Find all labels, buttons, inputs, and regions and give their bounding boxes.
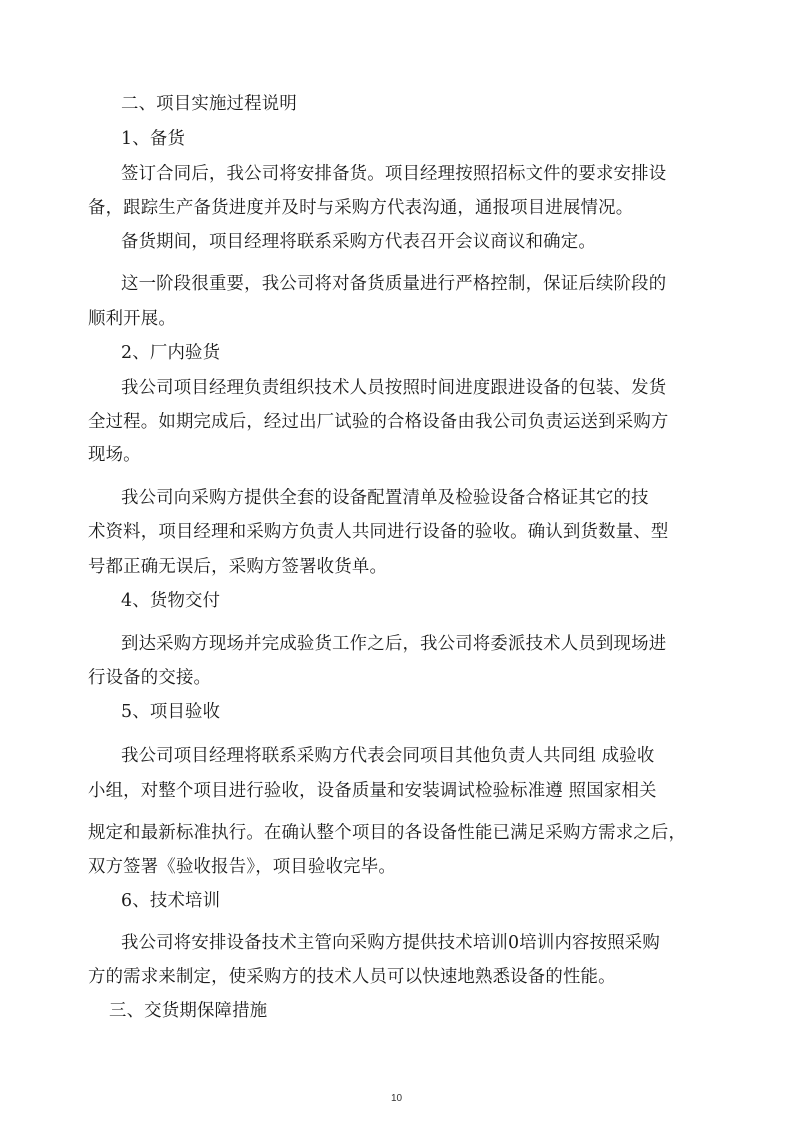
text-line: 2、厂内验货 <box>121 342 741 364</box>
text-line: 我公司向采购方提供全套的设备配置清单及检验设备合格证其它的技 <box>121 487 741 509</box>
text-line: 6、技术培训 <box>121 890 741 912</box>
text-line: 规定和最新标准执行。在确认整个项目的各设备性能已满足采购方需求之后， <box>88 822 708 844</box>
text-line: 4、货物交付 <box>121 590 741 612</box>
text-line: 我公司项目经理将联系采购方代表会同项目其他负责人共同组 成验收 <box>121 745 741 767</box>
text-line: 现场。 <box>88 444 708 466</box>
text-line: 5、项目验收 <box>121 701 741 723</box>
text-line: 签订合同后，我公司将安排备货。项目经理按照招标文件的要求安排设 <box>121 163 741 185</box>
text-line: 术资料，项目经理和采购方负责人共同进行设备的验收。确认到货数量、型 <box>88 521 708 543</box>
page-number: 10 <box>0 1093 793 1104</box>
text-line: 双方签署《验收报告》，项目验收完毕。 <box>88 856 708 878</box>
text-line: 备，跟踪生产备货进度并及时与采购方代表沟通，通报项目进展情况。 <box>88 197 708 219</box>
section-heading: 二、项目实施过程说明 <box>121 93 741 115</box>
text-line: 备货期间，项目经理将联系采购方代表召开会议商议和确定。 <box>121 231 741 253</box>
section-heading: 三、交货期保障措施 <box>109 1000 729 1022</box>
text-line: 行设备的交接。 <box>88 667 708 689</box>
text-line: 方的需求来制定，使采购方的技术人员可以快速地熟悉设备的性能。 <box>88 966 708 988</box>
text-line: 这一阶段很重要，我公司将对备货质量进行严格控制，保证后续阶段的 <box>121 273 741 295</box>
document-page: 二、项目实施过程说明1、备货签订合同后，我公司将安排备货。项目经理按照招标文件的… <box>0 0 793 1122</box>
text-line: 全过程。如期完成后，经过出厂试验的合格设备由我公司负责运送到采购方 <box>88 411 708 433</box>
text-line: 1、备货 <box>121 128 741 150</box>
text-line: 号都正确无误后，采购方签署收货单。 <box>88 556 708 578</box>
text-line: 我公司将安排设备技术主管向采购方提供技术培训0培训内容按照采购 <box>121 932 741 954</box>
text-line: 我公司项目经理负责组织技术人员按照时间进度跟进设备的包装、发货 <box>121 377 741 399</box>
text-line: 小组，对整个项目进行验收，设备质量和安装调试检验标准遵 照国家相关 <box>88 780 708 802</box>
text-line: 到达采购方现场并完成验货工作之后，我公司将委派技术人员到现场进 <box>121 633 741 655</box>
text-line: 顺利开展。 <box>88 308 708 330</box>
